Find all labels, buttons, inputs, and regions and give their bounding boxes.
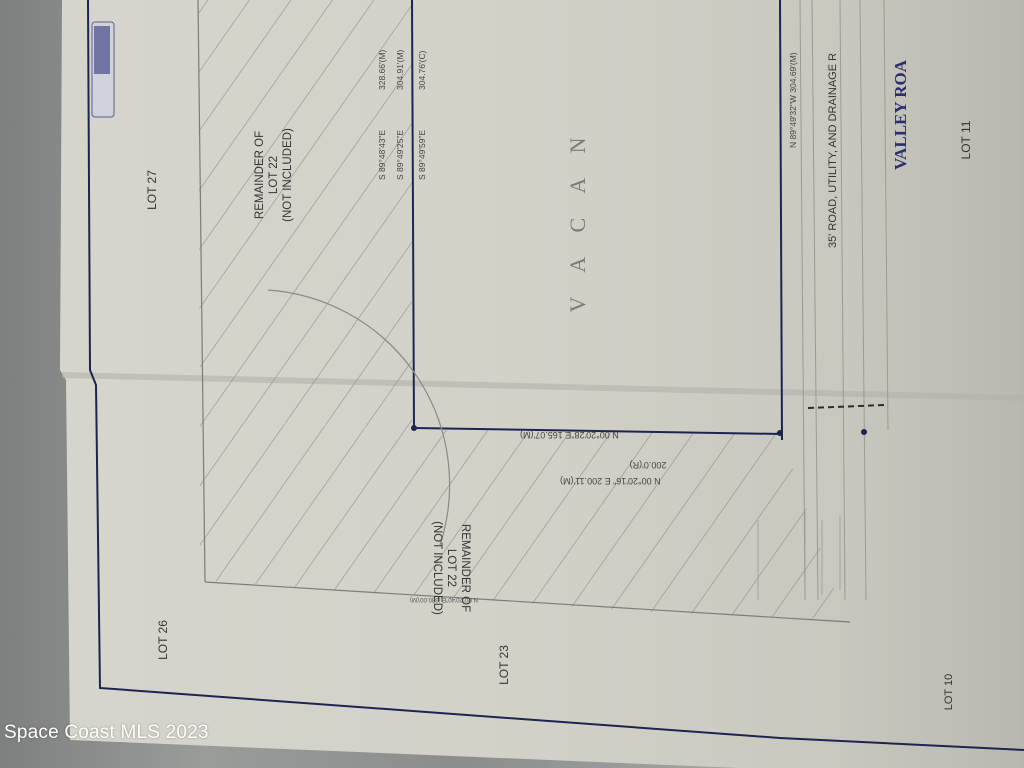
svg-text:328.66'(M): 328.66'(M) xyxy=(377,49,387,90)
svg-text:LOT 22: LOT 22 xyxy=(445,549,457,587)
svg-text:LOT 22: LOT 22 xyxy=(268,156,280,194)
lot-27-label: LOT 27 xyxy=(145,170,159,210)
lot-26-label: LOT 26 xyxy=(156,620,170,660)
svg-text:N 00°20'28"E 165.07'(M): N 00°20'28"E 165.07'(M) xyxy=(520,430,619,440)
svg-text:S 89°49'25"E: S 89°49'25"E xyxy=(395,130,405,180)
mls-watermark: Space Coast MLS 2023 xyxy=(4,722,209,744)
vacant-label: V A C A N xyxy=(565,128,590,313)
svg-text:S 89°48'43"E: S 89°48'43"E xyxy=(377,130,387,180)
survey-plat-document: LOT 27 LOT 26 LOT 23 LOT 10 LOT 11 REMAI… xyxy=(0,0,1024,768)
svg-text:200.0'(R): 200.0'(R) xyxy=(630,460,667,470)
svg-text:304.91'(M): 304.91'(M) xyxy=(395,49,405,90)
road-name: VALLEY ROA xyxy=(891,59,910,170)
lot-10-label: LOT 10 xyxy=(943,674,955,711)
road-bearing: N 89°49'32"W 304.69'(M) xyxy=(788,52,798,148)
bearing-bottom-small: N 00°20'40"E (330.00'(M) xyxy=(410,596,478,602)
svg-text:304.76'(C): 304.76'(C) xyxy=(417,50,427,90)
lot-11-label: LOT 11 xyxy=(959,120,973,159)
easement-label: 35' ROAD, UTILITY, AND DRAINAGE R xyxy=(827,53,839,248)
svg-text:N 00°20'16" E 200.11'(M): N 00°20'16" E 200.11'(M) xyxy=(560,476,661,486)
svg-text:REMAINDER OF: REMAINDER OF xyxy=(254,131,266,219)
svg-text:S 89°49'59"E: S 89°49'59"E xyxy=(417,130,427,180)
svg-text:(NOT INCLUDED): (NOT INCLUDED) xyxy=(282,128,294,222)
lot-23-label: LOT 23 xyxy=(497,645,511,685)
